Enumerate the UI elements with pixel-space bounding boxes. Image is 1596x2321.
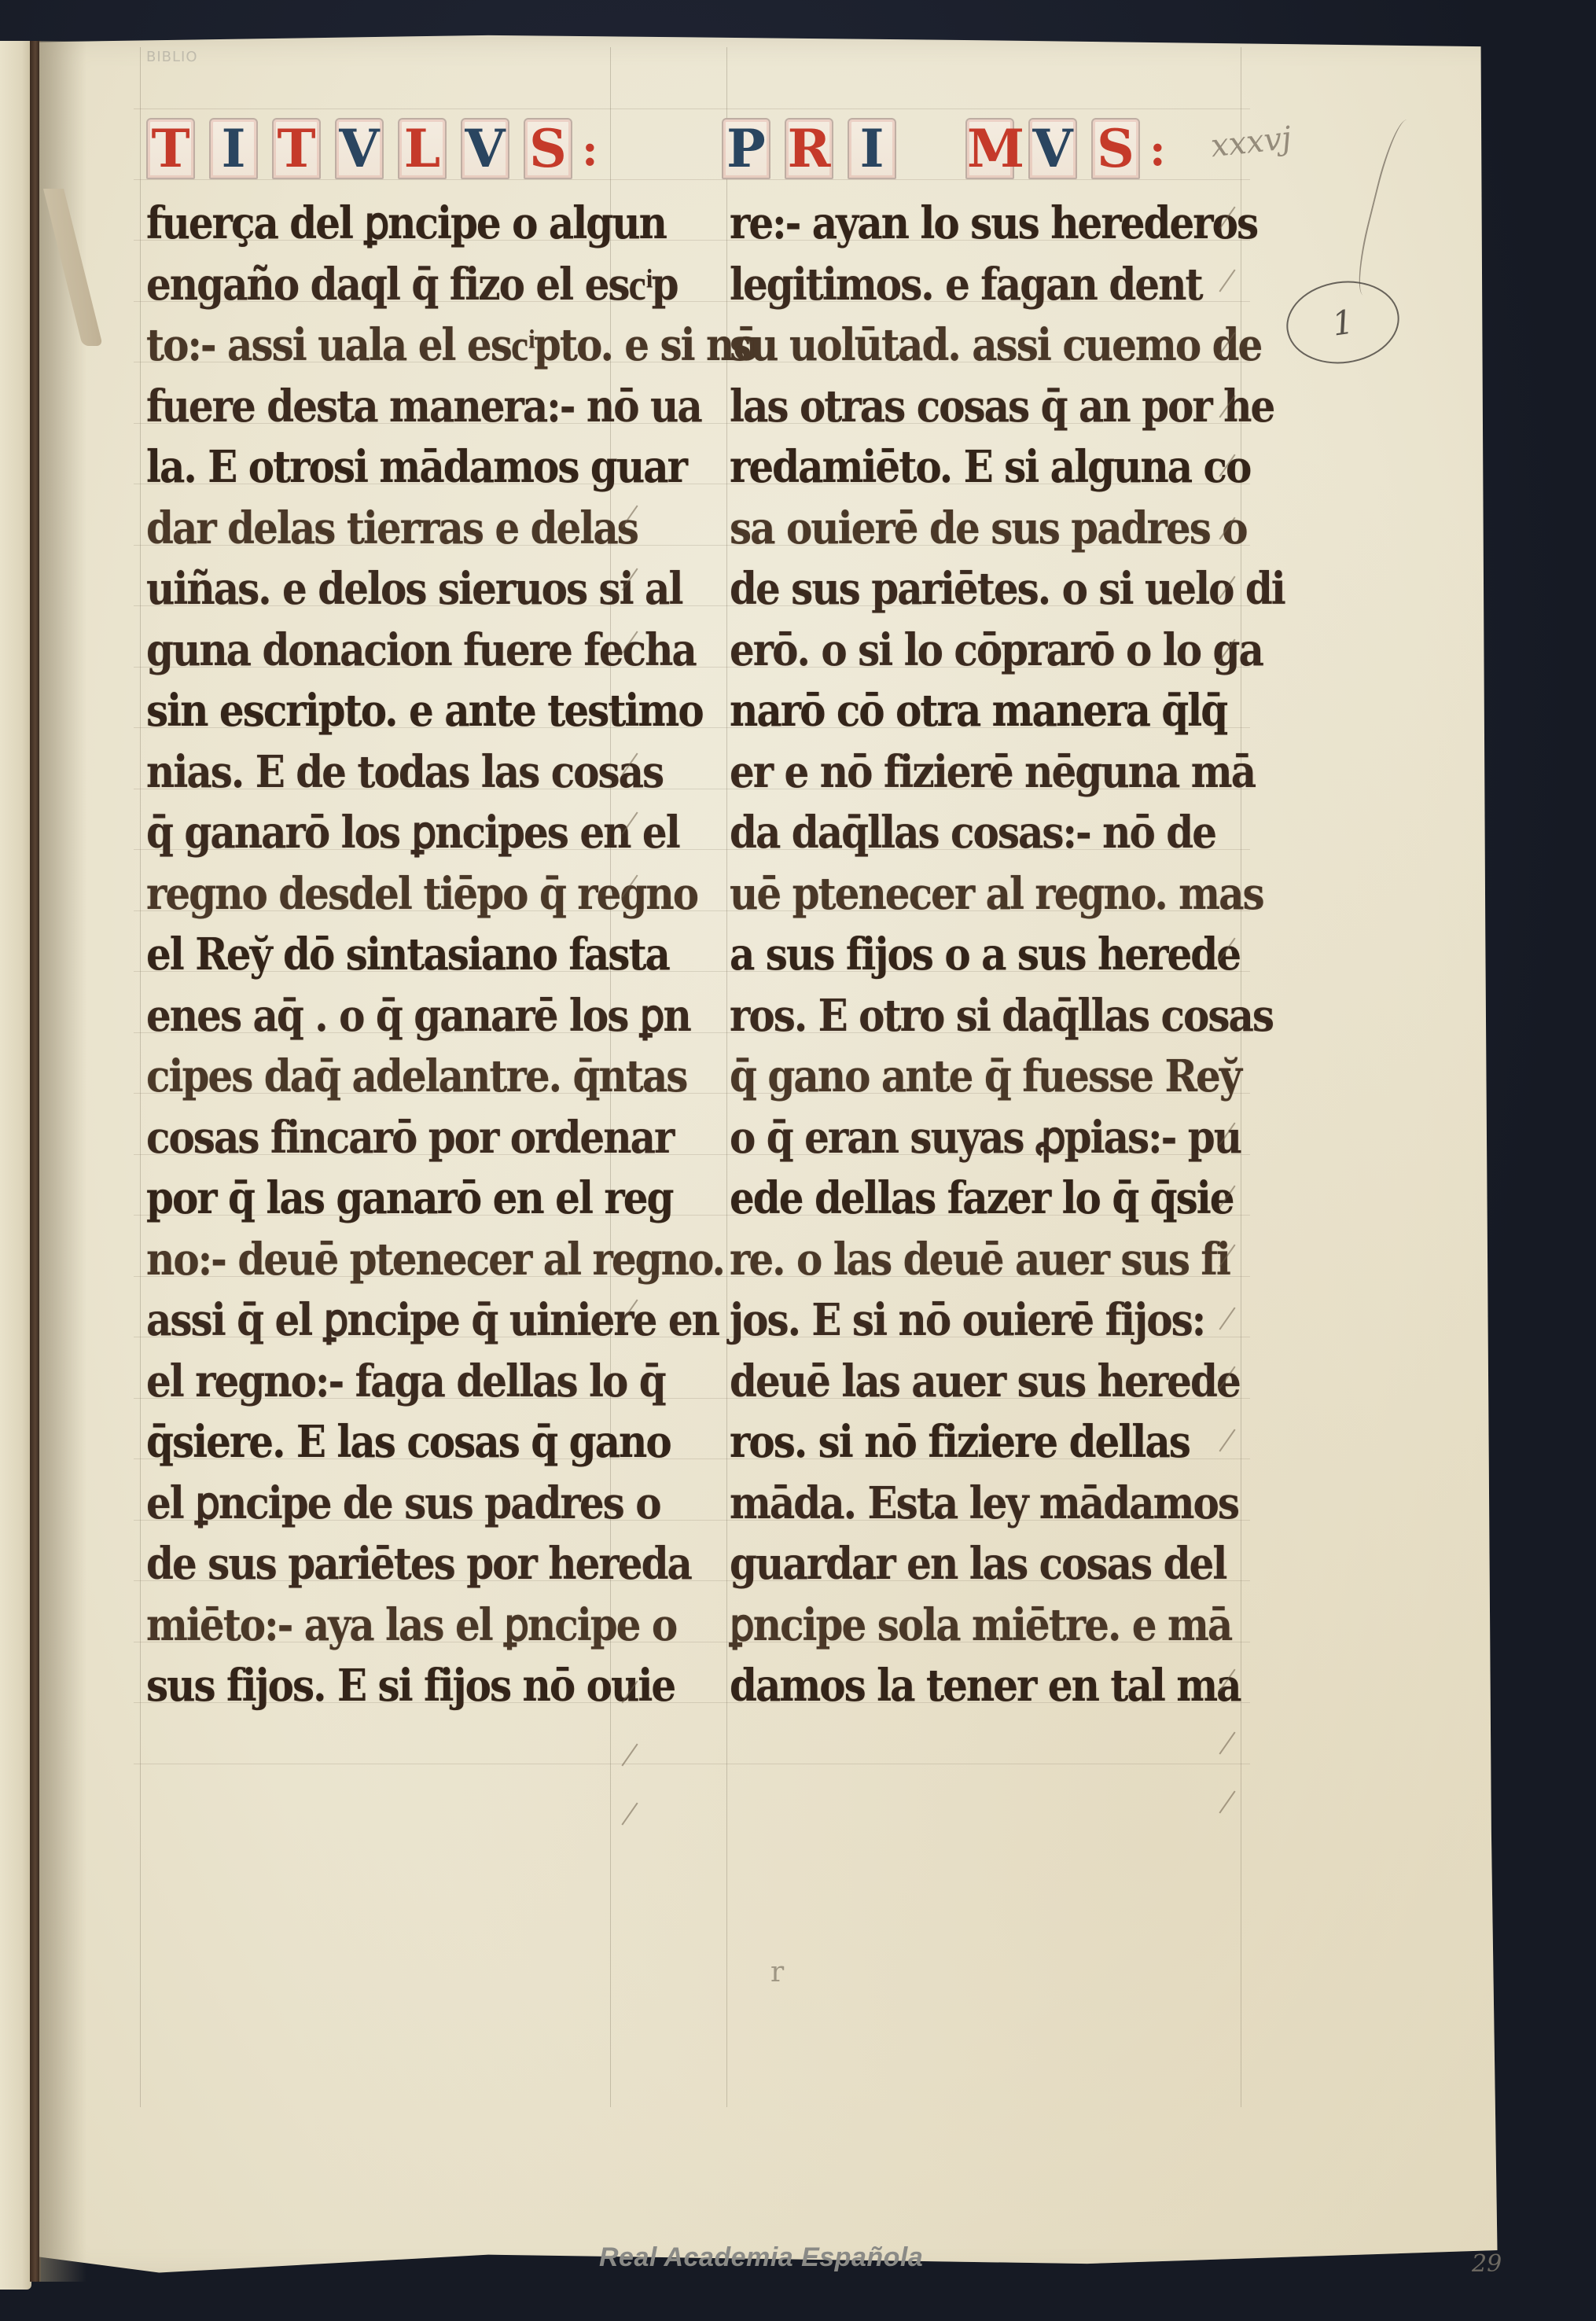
manuscript-line: dar delas tierras e delas	[146, 494, 758, 562]
manuscript-line: miēto:- aya las el ꝑncipe o	[146, 1591, 758, 1659]
manuscript-line: re:- ayan lo sus herederos	[730, 189, 1285, 257]
manuscript-line: deuē las auer sus herede	[730, 1347, 1285, 1415]
rubric-capital: I	[848, 118, 896, 179]
manuscript-line: q̄siere. E las cosas q̄ gano	[146, 1407, 758, 1476]
rubric-heading-part1: T I T V L V S :	[146, 116, 598, 179]
manuscript-line: ros. E otro si daq̄llas cosas	[730, 981, 1285, 1050]
rubric-capital: V	[335, 118, 384, 179]
manuscript-line: no:- deuē ptenecer al regno.	[146, 1225, 758, 1293]
rubric-heading-part2: P R I M V S :	[722, 116, 1166, 179]
manuscript-line: assi q̄ el ꝑncipe q̄ uiniere en	[146, 1286, 758, 1354]
manuscript-line: sin escripto. e ante testimo	[146, 676, 758, 745]
rubric-capital: V	[1028, 118, 1077, 179]
manuscript-line: er e nō fizierē nēguna mā	[730, 737, 1285, 806]
manuscript-line: la. E otrosi mādamos guar	[146, 432, 758, 501]
manuscript-line: uiñas. e delos sieruos si al	[146, 554, 758, 623]
manuscript-line: las otras cosas q̄ an por he	[730, 372, 1285, 440]
manuscript-line: legitimos. e fagan dent	[730, 250, 1285, 318]
manuscript-line: fuere desta manera:- nō ua	[146, 372, 758, 440]
rubric-capital: M	[965, 118, 1014, 179]
stray-pen-mark: r	[770, 1956, 784, 1988]
manuscript-line: sus fijos. E si fijos nō ouie	[146, 1651, 758, 1720]
manuscript-line: engaño daql q̄ fizo el escͥp	[146, 250, 758, 318]
ruling-line-top	[134, 109, 1250, 109]
manuscript-line: cosas fincarō por ordenar	[146, 1103, 758, 1172]
previous-page-edge	[0, 41, 31, 2290]
rubric-capital: V	[461, 118, 509, 179]
rubric-capital: S	[524, 118, 572, 179]
manuscript-line: uē ptenecer al regno. mas	[730, 859, 1285, 928]
manuscript-line: de sus pariētes por hereda	[146, 1529, 758, 1598]
manuscript-line: regno desdel tiēpo q̄ regno	[146, 859, 758, 928]
manuscript-line: ede dellas fazer lo q̄ q̄sie	[730, 1164, 1285, 1232]
manuscript-line: damos la tener en tal ma	[730, 1651, 1285, 1720]
rubric-colon: :	[582, 121, 598, 179]
manuscript-line: q̄ ganarō los ꝑncipes en el	[146, 798, 758, 866]
binding-gutter	[30, 41, 41, 2282]
manuscript-line: ꝑncipe sola miētre. e mā	[730, 1591, 1285, 1659]
manuscript-line: su uolūtad. assi cuemo de	[730, 311, 1285, 379]
rubric-capital: I	[209, 118, 258, 179]
rubric-capital: T	[272, 118, 321, 179]
folio-number: 29	[1472, 2250, 1502, 2278]
text-column-left: fuerça del ꝑncipe o algunengaño daql q̄ …	[146, 193, 758, 1716]
rubric-capital: R	[785, 118, 833, 179]
manuscript-line: guna donacion fuere fecha	[146, 616, 758, 684]
manuscript-line: nias. E de todas las cosas	[146, 737, 758, 806]
manuscript-line: to:- assi uala el escͥpto. e si nō	[146, 311, 758, 379]
ruling-line	[134, 1764, 1250, 1764]
manuscript-line: re. o las deuē auer sus fi	[730, 1225, 1285, 1293]
manuscript-line: por q̄ las ganarō en el reg	[146, 1164, 758, 1232]
circled-number-text: 1	[1329, 302, 1355, 343]
manuscript-line: redamiēto. E si alguna co	[730, 432, 1285, 501]
manuscript-line: ros. si nō fiziere dellas	[730, 1407, 1285, 1476]
watermark-text: Real Academia Española	[599, 2242, 923, 2273]
manuscript-line: māda. Esta ley mādamos	[730, 1469, 1285, 1537]
manuscript-line: erō. o si lo cōprarō o lo ga	[730, 616, 1285, 684]
manuscript-line: cipes daq̄ adelantre. q̄ntas	[146, 1042, 758, 1110]
rubric-colon: :	[1149, 121, 1166, 179]
rubric-capital: T	[146, 118, 195, 179]
manuscript-line: a sus fijos o a sus herede	[730, 920, 1285, 988]
manuscript-line: enes aq̄ . o q̄ ganarē los ꝑn	[146, 981, 758, 1050]
rubric-capital: P	[722, 118, 770, 179]
manuscript-line: el Rey̆ dō sintasiano fasta	[146, 920, 758, 988]
rubric-capital: L	[398, 118, 447, 179]
manuscript-line: guardar en las cosas del	[730, 1529, 1285, 1598]
manuscript-line: o q̄ eran suyas ꝓpias:- pu	[730, 1103, 1285, 1172]
manuscript-line: q̄ gano ante q̄ fuesse Rey̆	[730, 1042, 1285, 1110]
manuscript-line: fuerça del ꝑncipe o algun	[146, 189, 758, 257]
manuscript-line: el regno:- faga dellas lo q̄	[146, 1347, 758, 1415]
manuscript-line: el ꝑncipe de sus padres o	[146, 1469, 758, 1537]
rubric-capital: S	[1091, 118, 1140, 179]
ruling-line-heading	[134, 179, 1250, 180]
manuscript-line: sa ouierē de sus padres o	[730, 494, 1285, 562]
manuscript-line: jos. E si nō ouierē fijos:	[730, 1286, 1285, 1354]
manuscript-line: de sus pariētes. o si uelo di	[730, 554, 1285, 623]
ruling-line-left-outer	[140, 47, 141, 2107]
text-column-right: re:- ayan lo sus herederoslegitimos. e f…	[730, 193, 1285, 1716]
library-stamp: BIBLIO	[146, 49, 198, 65]
manuscript-line: da daq̄llas cosas:- nō de	[730, 798, 1285, 866]
manuscript-line: narō cō otra manera q̄lq̄	[730, 676, 1285, 745]
